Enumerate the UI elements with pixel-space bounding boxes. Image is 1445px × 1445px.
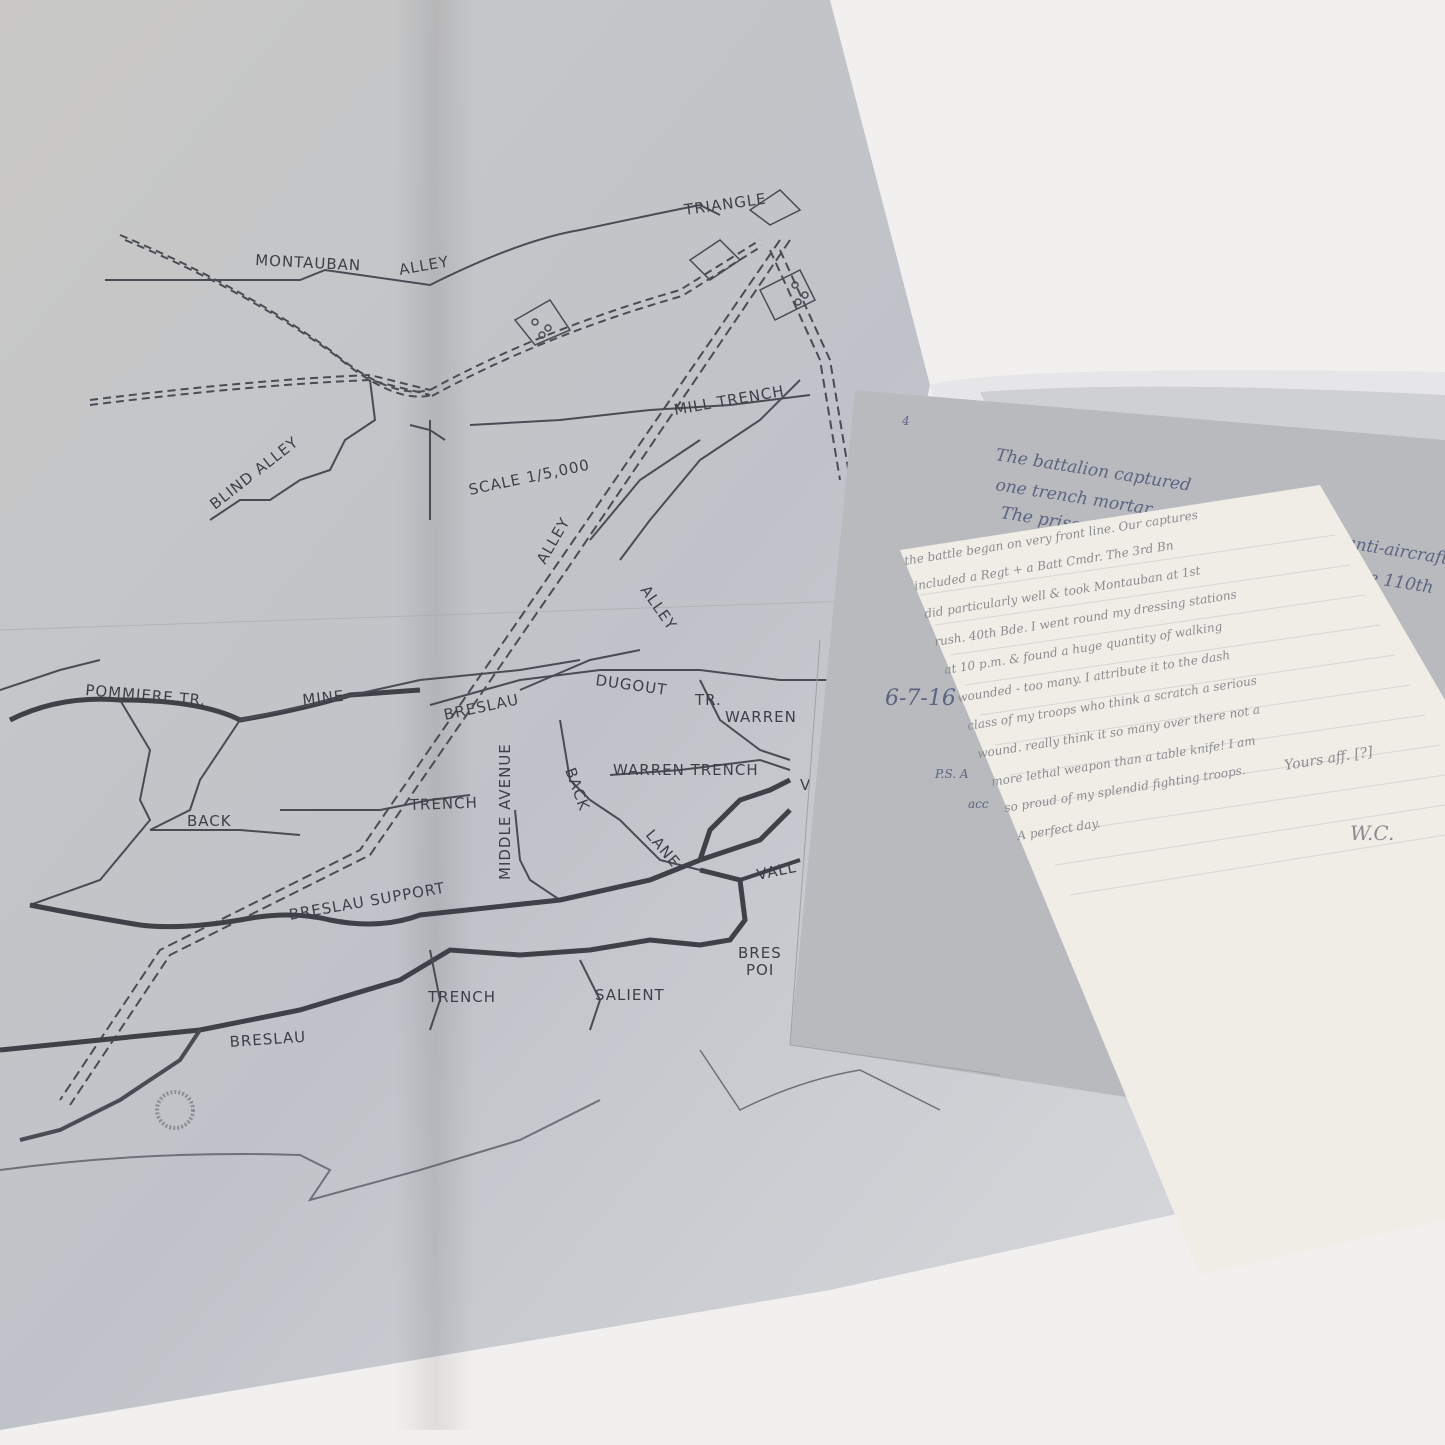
photo-scene: MONTAUBAN ALLEY TRIANGLE BLIND ALLEY MIL… bbox=[0, 0, 1445, 1445]
white-letter: the battle began on very front line. Our… bbox=[0, 0, 1445, 1445]
white-letter-signature: W.C. bbox=[1350, 821, 1394, 845]
